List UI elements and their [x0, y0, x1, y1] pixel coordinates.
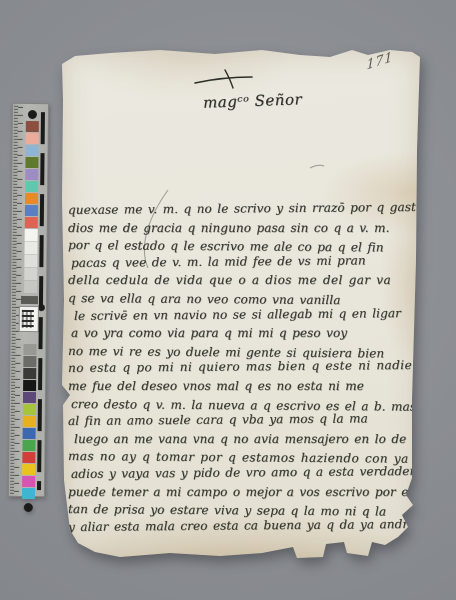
color-patch	[24, 255, 37, 268]
color-patch	[24, 229, 37, 242]
ruler-bottom-dot	[23, 503, 32, 512]
color-patch	[24, 242, 37, 255]
handwritten-line: al fin an amo suele cara q vba ya mos q …	[68, 410, 420, 431]
color-patch	[24, 268, 37, 281]
handwritten-line: pacas q vee de v. m. la mid fee de vs mi…	[71, 252, 420, 273]
color-patch	[24, 217, 37, 228]
lower-color-patches	[21, 392, 36, 499]
lower-gray-patches	[22, 344, 36, 391]
handwritten-line: adios y vaya vas y pido de vro amo q a e…	[71, 463, 420, 484]
ruler-label-test-pattern	[22, 310, 34, 328]
color-patch	[22, 464, 35, 475]
handwritten-line: puede temer a mi campo o mejor a vos esc…	[68, 484, 420, 502]
ruler-separator	[21, 296, 38, 304]
letter-body: quexase me v. m. q no le scrivo y sin rr…	[68, 202, 420, 536]
color-patch	[25, 157, 38, 168]
upper-color-patches	[24, 121, 39, 228]
color-patch	[25, 145, 38, 156]
handwritten-line: della cedula de vida que o a dios me del…	[68, 272, 420, 290]
ruler-top-dot	[27, 110, 36, 119]
paper-sheet: 171 magᶜᵒ Señor quexase me v. m. q no le…	[62, 50, 420, 562]
color-patch	[22, 404, 35, 415]
color-patch	[22, 476, 35, 487]
handwritten-line: a vo yra como via para q mi mi q peso vo…	[71, 325, 420, 343]
color-patch	[22, 452, 35, 463]
grayscale-patches	[23, 229, 38, 294]
color-patch	[22, 416, 35, 427]
color-patch	[23, 344, 36, 355]
handwritten-line: quexase me v. m. q no le scrivo y sin rr…	[68, 199, 420, 220]
color-patch	[25, 181, 38, 192]
ruler-label	[19, 306, 39, 332]
handwritten-line: le scrivē en vn navio no se si allegab m…	[74, 305, 420, 326]
photograph-background: 171 magᶜᵒ Señor quexase me v. m. q no le…	[0, 0, 456, 600]
handwritten-line: me fue del deseo vnos mal q es no esta n…	[68, 378, 420, 396]
color-patch	[21, 488, 34, 499]
color-patch	[25, 169, 38, 180]
color-patch	[25, 121, 38, 132]
ruler-patch-column	[21, 104, 39, 514]
color-calibration-ruler	[8, 103, 49, 497]
color-patch	[25, 193, 38, 204]
color-patch	[24, 205, 37, 216]
handwritten-line: dios me de gracia q ninguno pasa sin co …	[68, 220, 420, 238]
handwritten-line: y aliar esta mala creo esta ca buena ya …	[68, 516, 420, 537]
handwritten-line: luego an me vana vna q no avia mensajero…	[74, 431, 420, 449]
manuscript-page: 171 magᶜᵒ Señor quexase me v. m. q no le…	[62, 50, 420, 562]
color-patch	[22, 440, 35, 451]
color-patch	[23, 356, 36, 367]
color-patch	[22, 428, 35, 439]
color-patch	[23, 380, 36, 391]
color-patch	[25, 133, 38, 144]
color-patch	[22, 392, 35, 403]
handwritten-line: no esta q po mi ni quiero mas bien q est…	[68, 357, 420, 378]
color-patch	[23, 368, 36, 379]
color-patch	[24, 281, 37, 294]
